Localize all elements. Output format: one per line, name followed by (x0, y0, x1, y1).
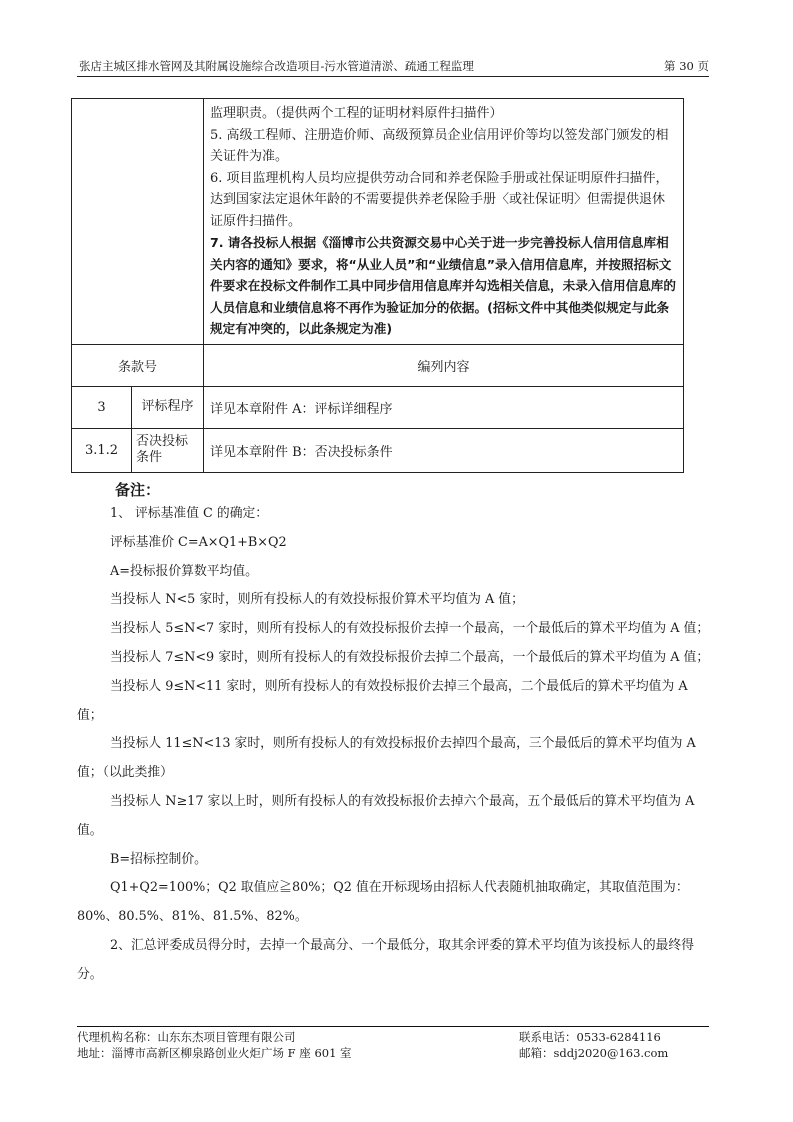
clause-name: 评标程序 (132, 386, 204, 428)
page-footer: 代理机构名称：山东东杰项目管理有限公司 联系电话：0533-6284116 地址… (77, 1026, 709, 1061)
note-paragraph: A=投标报价算数平均值。 (77, 558, 713, 587)
contact-phone: 联系电话：0533-6284116 (519, 1029, 661, 1045)
note-paragraph: 1、 评标基准值 C 的确定： (77, 500, 713, 529)
contact-email: 邮箱：sddj2020@163.com (519, 1045, 668, 1061)
note-paragraph: 当投标人 N≥17 家以上时，则所有投标人的有效投标报价去掉六个最高，五个最低后… (77, 788, 713, 846)
note-paragraph: 当投标人 11≤N<13 家时，则所有投标人的有效投标报价去掉四个最高，三个最低… (77, 730, 713, 788)
requirement-text: 监理职责。（提供两个工程的证明材料原件扫描件） (210, 103, 677, 125)
table-row-continued: 监理职责。（提供两个工程的证明材料原件扫描件） 5. 高级工程师、注册造价师、高… (72, 99, 684, 345)
note-paragraph: 评标基准价 C=A×Q1+B×Q2 (77, 529, 713, 558)
clause-content: 详见本章附件 A：评标详细程序 (204, 386, 684, 428)
note-paragraph: Q1+Q2=100%；Q2 取值应≧80%；Q2 值在开标现场由招标人代表随机抽… (77, 874, 713, 932)
agency-name: 代理机构名称：山东东杰项目管理有限公司 (77, 1029, 296, 1045)
note-paragraph: 当投标人 7≤N<9 家时，则所有投标人的有效投标报价去掉二个最高，一个最低后的… (77, 644, 713, 673)
note-paragraph: 当投标人 5≤N<7 家时，则所有投标人的有效投标报价去掉一个最高，一个最低后的… (77, 615, 713, 644)
requirements-cell: 监理职责。（提供两个工程的证明材料原件扫描件） 5. 高级工程师、注册造价师、高… (204, 99, 684, 345)
clause-content: 详见本章附件 B：否决投标条件 (204, 428, 684, 472)
requirement-item-7: 7. 请各投标人根据《淄博市公共资源交易中心关于进一步完善投标人信用信息库相关内… (210, 232, 677, 340)
agency-address: 地址：淄博市高新区柳泉路创业火炬广场 F 座 601 室 (77, 1045, 352, 1061)
document-title: 张店主城区排水管网及其附属设施综合改造项目-污水管道清淤、疏通工程监理 (79, 58, 474, 74)
note-paragraph: 2、汇总评委成员得分时，去掉一个最高分、一个最低分，取其余评委的算术平均值为该投… (77, 932, 713, 990)
note-paragraph: B=招标控制价。 (77, 846, 713, 875)
note-paragraph: 当投标人 9≤N<11 家时，则所有投标人的有效投标报价去掉三个最高，二个最低后… (77, 673, 713, 731)
column-header-clause-no: 条款号 (72, 344, 204, 386)
clause-number: 3 (72, 386, 132, 428)
page-header: 张店主城区排水管网及其附属设施综合改造项目-污水管道清淤、疏通工程监理 第 30… (77, 56, 709, 77)
clause-number: 3.1.2 (72, 428, 132, 472)
requirement-item-6: 6. 项目监理机构人员均应提供劳动合同和养老保险手册或社保证明原件扫描件，达到国… (210, 168, 677, 233)
table-row: 3.1.2 否决投标条件 详见本章附件 B：否决投标条件 (72, 428, 684, 472)
empty-cell (72, 99, 204, 345)
notes-heading: 备注： (115, 480, 713, 500)
requirement-item-5: 5. 高级工程师、注册造价师、高级预算员企业信用评价等均以签发部门颁发的相关证件… (210, 125, 677, 168)
evaluation-table: 监理职责。（提供两个工程的证明材料原件扫描件） 5. 高级工程师、注册造价师、高… (71, 98, 684, 473)
note-paragraph: 当投标人 N<5 家时，则所有投标人的有效投标报价算术平均值为 A 值； (77, 586, 713, 615)
page-number: 第 30 页 (664, 58, 709, 74)
column-header-content: 编列内容 (204, 344, 684, 386)
clause-name: 否决投标条件 (132, 428, 204, 472)
notes-section: 备注： 1、 评标基准值 C 的确定： 评标基准价 C=A×Q1+B×Q2 A=… (77, 480, 713, 990)
table-row: 3 评标程序 详见本章附件 A：评标详细程序 (72, 386, 684, 428)
table-header-row: 条款号 编列内容 (72, 344, 684, 386)
